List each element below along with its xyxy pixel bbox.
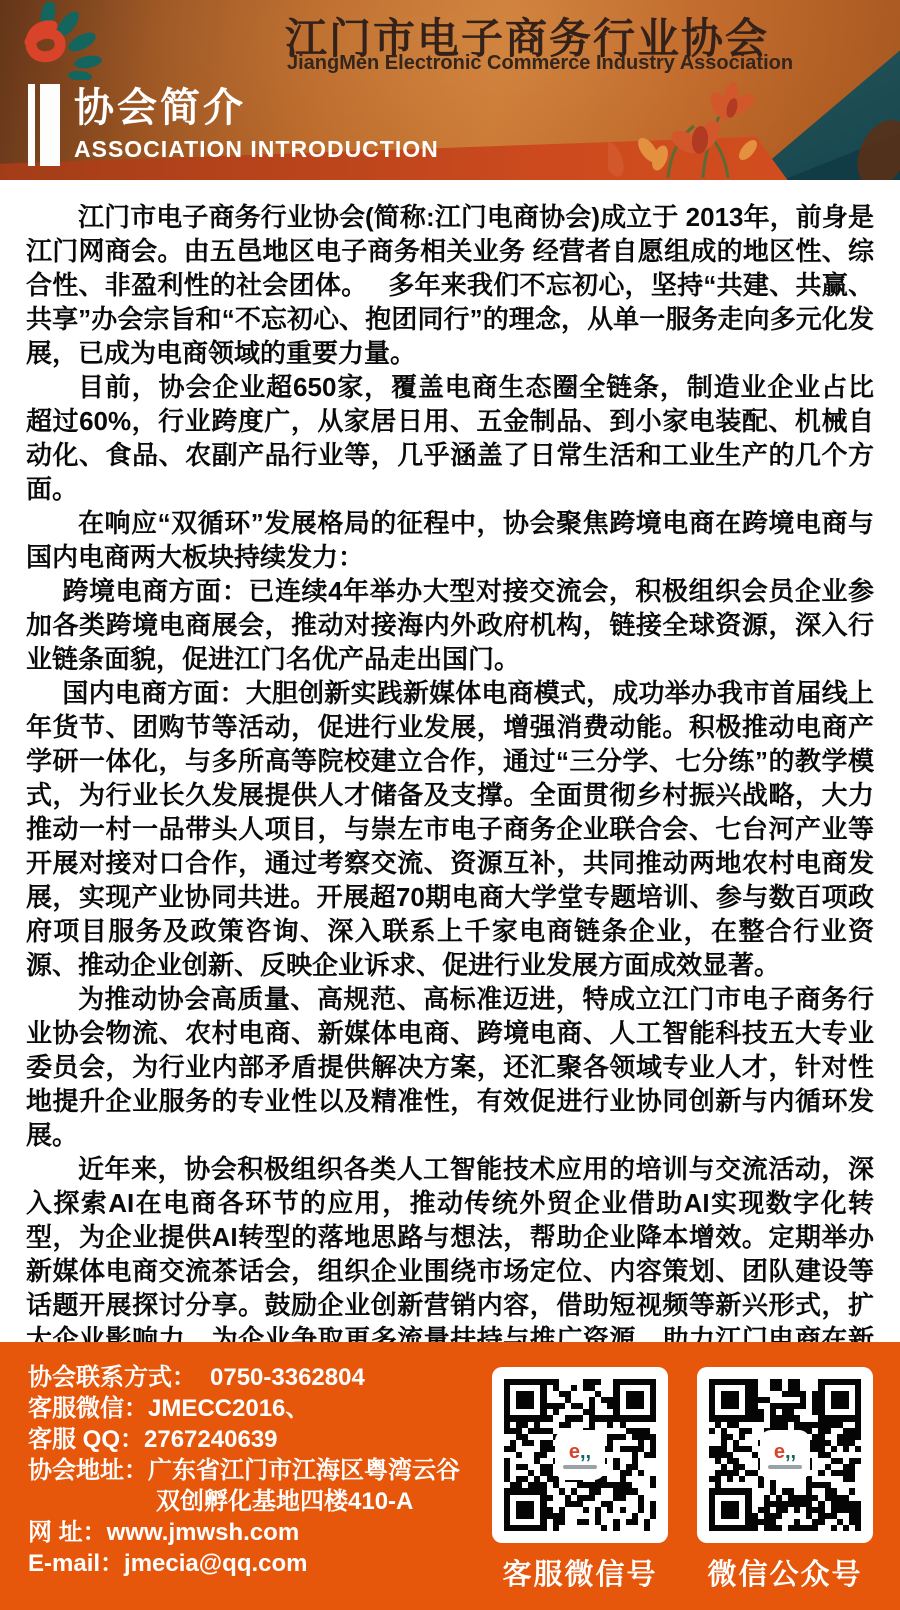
contact-website-label: 网 址： bbox=[28, 1519, 107, 1546]
paragraph-domestic: 国内电商方面：大胆创新实践新媒体电商模式，成功举办我市首届线上年货节、团购节等活… bbox=[26, 676, 874, 982]
paragraph-cross-border: 跨境电商方面：已连续4年举办大型对接交流会，积极组织会员企业参加各类跨境电商展会… bbox=[26, 574, 874, 676]
contact-phone: 协会联系方式：0750-3362804 bbox=[28, 1362, 478, 1393]
contact-wechat-label: 客服微信： bbox=[28, 1395, 148, 1422]
contact-qq: 客服 QQ：2767240639 bbox=[28, 1424, 478, 1455]
lily-flowers-decoration bbox=[608, 78, 808, 180]
qr-label-customer-service: 客服微信号 bbox=[492, 1552, 668, 1593]
qr-code-customer-service: e,, bbox=[492, 1367, 668, 1543]
contact-website: 网 址：www.jmwsh.com bbox=[28, 1517, 478, 1548]
contact-qq-label: 客服 QQ： bbox=[28, 1426, 144, 1453]
email-link[interactable]: jmecia@qq.com bbox=[124, 1550, 307, 1577]
qr-center-logo-icon: e,, bbox=[557, 1432, 603, 1478]
paragraph-ai: 近年来，协会积极组织各类人工智能技术应用的培训与交流活动，深入探索AI在电商各环… bbox=[26, 1152, 874, 1342]
header-photo-banner: 江门市电子商务行业协会 JiangMen Electronic Commerce… bbox=[0, 0, 900, 180]
contact-wechat-value: JMECC2016、 bbox=[148, 1395, 309, 1422]
contact-address-line2: 双创孵化基地四楼410-A bbox=[28, 1486, 478, 1517]
contact-qq-value: 2767240639 bbox=[144, 1426, 277, 1453]
association-intro-page: 江门市电子商务行业协会 JiangMen Electronic Commerce… bbox=[0, 0, 900, 1610]
contact-address-value: 广东省江门市江海区粤湾云谷 bbox=[148, 1457, 460, 1484]
paragraph-committees: 为推动协会高质量、高规范、高标准迈进，特成立江门市电子商务行业协会物流、农村电商… bbox=[26, 982, 874, 1152]
qr-code-official-account: e,, bbox=[697, 1367, 873, 1543]
contact-email-label: E-mail： bbox=[28, 1550, 124, 1577]
website-link[interactable]: www.jmwsh.com bbox=[107, 1519, 299, 1546]
contact-address: 协会地址：广东省江门市江海区粤湾云谷 bbox=[28, 1455, 478, 1486]
qr-center-logo-icon: e,, bbox=[762, 1432, 808, 1478]
contact-wechat: 客服微信：JMECC2016、 bbox=[28, 1393, 478, 1424]
banner-bar-thin bbox=[28, 84, 35, 166]
paragraph-founding: 江门市电子商务行业协会(简称:江门电商协会)成立于 2013年，前身是江门网商会… bbox=[26, 200, 874, 370]
association-hand-e-logo-icon bbox=[0, 2, 115, 80]
contact-footer: 协会联系方式：0750-3362804 客服微信：JMECC2016、 客服 Q… bbox=[0, 1342, 900, 1610]
paragraph-members: 目前，协会企业超650家，覆盖电商生态圈全链条，制造业企业占比超过60%，行业跨… bbox=[26, 370, 874, 506]
contact-address-label: 协会地址： bbox=[28, 1457, 148, 1484]
introduction-text-block: 江门市电子商务行业协会(简称:江门电商协会)成立于 2013年，前身是江门网商会… bbox=[0, 180, 900, 1342]
contact-phone-label: 协会联系方式： bbox=[28, 1364, 196, 1391]
banner-title-cn: 协会简介 bbox=[74, 86, 439, 130]
banner-bar-thick bbox=[40, 84, 60, 166]
org-name-en: JiangMen Electronic Commerce Industry As… bbox=[287, 52, 793, 75]
qr-label-official-account: 微信公众号 bbox=[697, 1552, 873, 1593]
contact-email: E-mail：jmecia@qq.com bbox=[28, 1548, 478, 1579]
banner-title-en: ASSOCIATION INTRODUCTION bbox=[74, 136, 439, 162]
section-banner: 协会简介 ASSOCIATION INTRODUCTION bbox=[28, 84, 439, 166]
paragraph-dual-circulation: 在响应“双循环”发展格局的征程中，协会聚焦跨境电商在跨境电商与国内电商两大板块持… bbox=[26, 506, 874, 574]
contact-info-column: 协会联系方式：0750-3362804 客服微信：JMECC2016、 客服 Q… bbox=[28, 1362, 478, 1579]
contact-phone-value: 0750-3362804 bbox=[210, 1364, 365, 1391]
